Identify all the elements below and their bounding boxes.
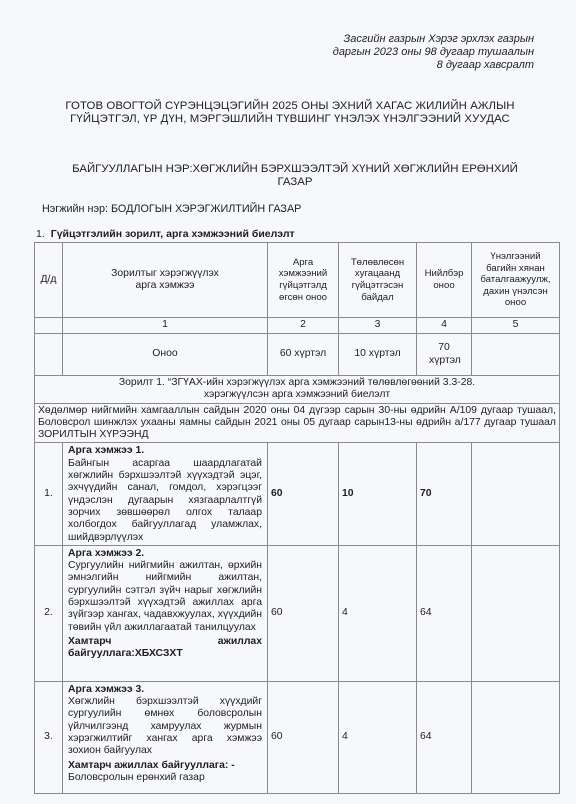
partner-organization: Хамтарч ажиллах байгууллага:ХБХСЗХТ bbox=[68, 636, 262, 661]
document-title: ГОТОВ ОВОГТОЙ СҮРЭНЦЭЦЭГИЙН 2025 ОНЫ ЭХН… bbox=[40, 100, 540, 126]
table-row: 2. Арга хэмжээ 2. Сургуулийн нийгмийн аж… bbox=[35, 545, 560, 681]
verified-score bbox=[472, 443, 560, 545]
score-row-label: Оноо bbox=[63, 334, 268, 376]
timeliness-score: 4 bbox=[339, 545, 417, 681]
total-score: 64 bbox=[417, 681, 472, 793]
verified-score bbox=[472, 681, 560, 793]
measure-title: Арга хэмжээ 2. bbox=[68, 548, 262, 560]
measure-description: Сургуулийн нийгмийн ажилтан, өрхийн эмнэ… bbox=[68, 560, 262, 634]
measure-title: Арга хэмжээ 1. bbox=[68, 445, 262, 457]
row-index: 2. bbox=[35, 545, 63, 681]
table-row: 1. Арга хэмжээ 1. Байнгын асаргаа шаардл… bbox=[35, 443, 560, 545]
measure-cell: Арга хэмжээ 2. Сургуулийн нийгмийн ажилт… bbox=[63, 545, 268, 681]
section-number: 1. bbox=[36, 228, 45, 240]
timeliness-score: 10 bbox=[339, 443, 417, 545]
section-heading: 1.Гүйцэтгэлийн зорилт, арга хэмжээний би… bbox=[36, 228, 295, 240]
column-number: 1 bbox=[63, 318, 268, 334]
given-score: 60 bbox=[268, 443, 339, 545]
annex-line: даргын 2023 оны 98 дугаар тушаалын bbox=[234, 46, 534, 59]
verified-score bbox=[472, 545, 560, 681]
score-limit-given: 60 хүртэл bbox=[268, 334, 339, 376]
measure-title: Арга хэмжээ 3. bbox=[68, 684, 262, 696]
column-number: 5 bbox=[472, 318, 560, 334]
annex-note: Засгийн газрын Хэрэг эрхлэх газрын даргы… bbox=[234, 33, 534, 72]
goal-line: хэрэгжүүлсэн арга хэмжээний биелэлт bbox=[38, 389, 556, 401]
document-page: Засгийн газрын Хэрэг эрхлэх газрын даргы… bbox=[0, 0, 576, 804]
annex-line: Засгийн газрын Хэрэг эрхлэх газрын bbox=[234, 33, 534, 46]
organization-name: БАЙГУУЛЛАГЫН НЭР:ХӨГЖЛИЙН БЭРХШЭЭЛТЭЙ ХҮ… bbox=[40, 163, 550, 189]
organization-line: БАЙГУУЛЛАГЫН НЭР:ХӨГЖЛИЙН БЭРХШЭЭЛТЭЙ ХҮ… bbox=[40, 163, 550, 176]
timeliness-score: 4 bbox=[339, 681, 417, 793]
goal-cell: Зорилт 1. “ЗГҮАХ-ийн хэрэгжүүлэх арга хэ… bbox=[35, 376, 560, 404]
measure-description: Байнгын асаргаа шаардлагатай хөгжлийн бэ… bbox=[68, 458, 262, 544]
table-header-row: Д/д Зорилтыг хэрэгжүүлэх арга хэмжээ Арг… bbox=[35, 243, 560, 318]
basis-cell: Хөдөлмөр нийгмийн хамгааллын сайдын 2020… bbox=[35, 403, 560, 443]
measure-cell: Арга хэмжээ 1. Байнгын асаргаа шаардлага… bbox=[63, 443, 268, 545]
total-score: 70 bbox=[417, 443, 472, 545]
header-timeliness: Төлөвлөсөн хугацаанд гүйцэтгэсэн байдал bbox=[339, 243, 417, 318]
annex-line: 8 дугаар хавсралт bbox=[234, 59, 534, 72]
column-number-blank bbox=[35, 318, 63, 334]
header-total: Нийлбэр оноо bbox=[417, 243, 472, 318]
header-verified: Үнэлгээний багийн хянан баталгаажуулж, д… bbox=[472, 243, 560, 318]
score-limit-total: 70 хүртэл bbox=[417, 334, 472, 376]
section-title: Гүйцэтгэлийн зорилт, арга хэмжээний биел… bbox=[51, 228, 295, 240]
goal-row: Зорилт 1. “ЗГҮАХ-ийн хэрэгжүүлэх арга хэ… bbox=[35, 376, 560, 404]
column-number: 2 bbox=[268, 318, 339, 334]
performance-table: Д/д Зорилтыг хэрэгжүүлэх арга хэмжээ Арг… bbox=[34, 242, 560, 794]
organization-line: ГАЗАР bbox=[40, 176, 550, 189]
header-measure: Зорилтыг хэрэгжүүлэх арга хэмжээ bbox=[63, 243, 268, 318]
score-limit-timeliness: 10 хүртэл bbox=[339, 334, 417, 376]
column-number: 3 bbox=[339, 318, 417, 334]
score-limit-row: Оноо 60 хүртэл 10 хүртэл 70 хүртэл bbox=[35, 334, 560, 376]
partner-organization-name: Боловсролын ерөнхий газар bbox=[68, 772, 262, 784]
score-row-index bbox=[35, 334, 63, 376]
title-line: ГОТОВ ОВОГТОЙ СҮРЭНЦЭЦЭГИЙН 2025 ОНЫ ЭХН… bbox=[40, 100, 540, 113]
goal-line: Зорилт 1. “ЗГҮАХ-ийн хэрэгжүүлэх арга хэ… bbox=[38, 377, 556, 389]
given-score: 60 bbox=[268, 681, 339, 793]
title-line: ГҮЙЦЭТГЭЛ, ҮР ДҮН, МЭРГЭШЛИЙН ТҮВШИНГ ҮН… bbox=[40, 113, 540, 126]
table-row: 3. Арга хэмжээ 3. Хөгжлийн бэрхшээлтэй х… bbox=[35, 681, 560, 793]
column-number: 4 bbox=[417, 318, 472, 334]
measure-description: Хөгжлийн бэрхшээлтэй хүүхдийг сургуулийн… bbox=[68, 696, 262, 757]
row-index: 3. bbox=[35, 681, 63, 793]
score-limit-verified bbox=[472, 334, 560, 376]
row-index: 1. bbox=[35, 443, 63, 545]
total-score: 64 bbox=[417, 545, 472, 681]
partner-organization-label: Хамтарч ажиллах байгууллага: - bbox=[68, 760, 262, 772]
header-index: Д/д bbox=[35, 243, 63, 318]
unit-name: Нэгжийн нэр: БОДЛОГЫН ХЭРЭГЖИЛТИЙН ГАЗАР bbox=[42, 203, 301, 215]
given-score: 60 bbox=[268, 545, 339, 681]
column-number-row: 1 2 3 4 5 bbox=[35, 318, 560, 334]
header-given-score: Арга хэмжээний гүйцэтгэлд өгсөн оноо bbox=[268, 243, 339, 318]
measure-cell: Арга хэмжээ 3. Хөгжлийн бэрхшээлтэй хүүх… bbox=[63, 681, 268, 793]
basis-row: Хөдөлмөр нийгмийн хамгааллын сайдын 2020… bbox=[35, 403, 560, 443]
